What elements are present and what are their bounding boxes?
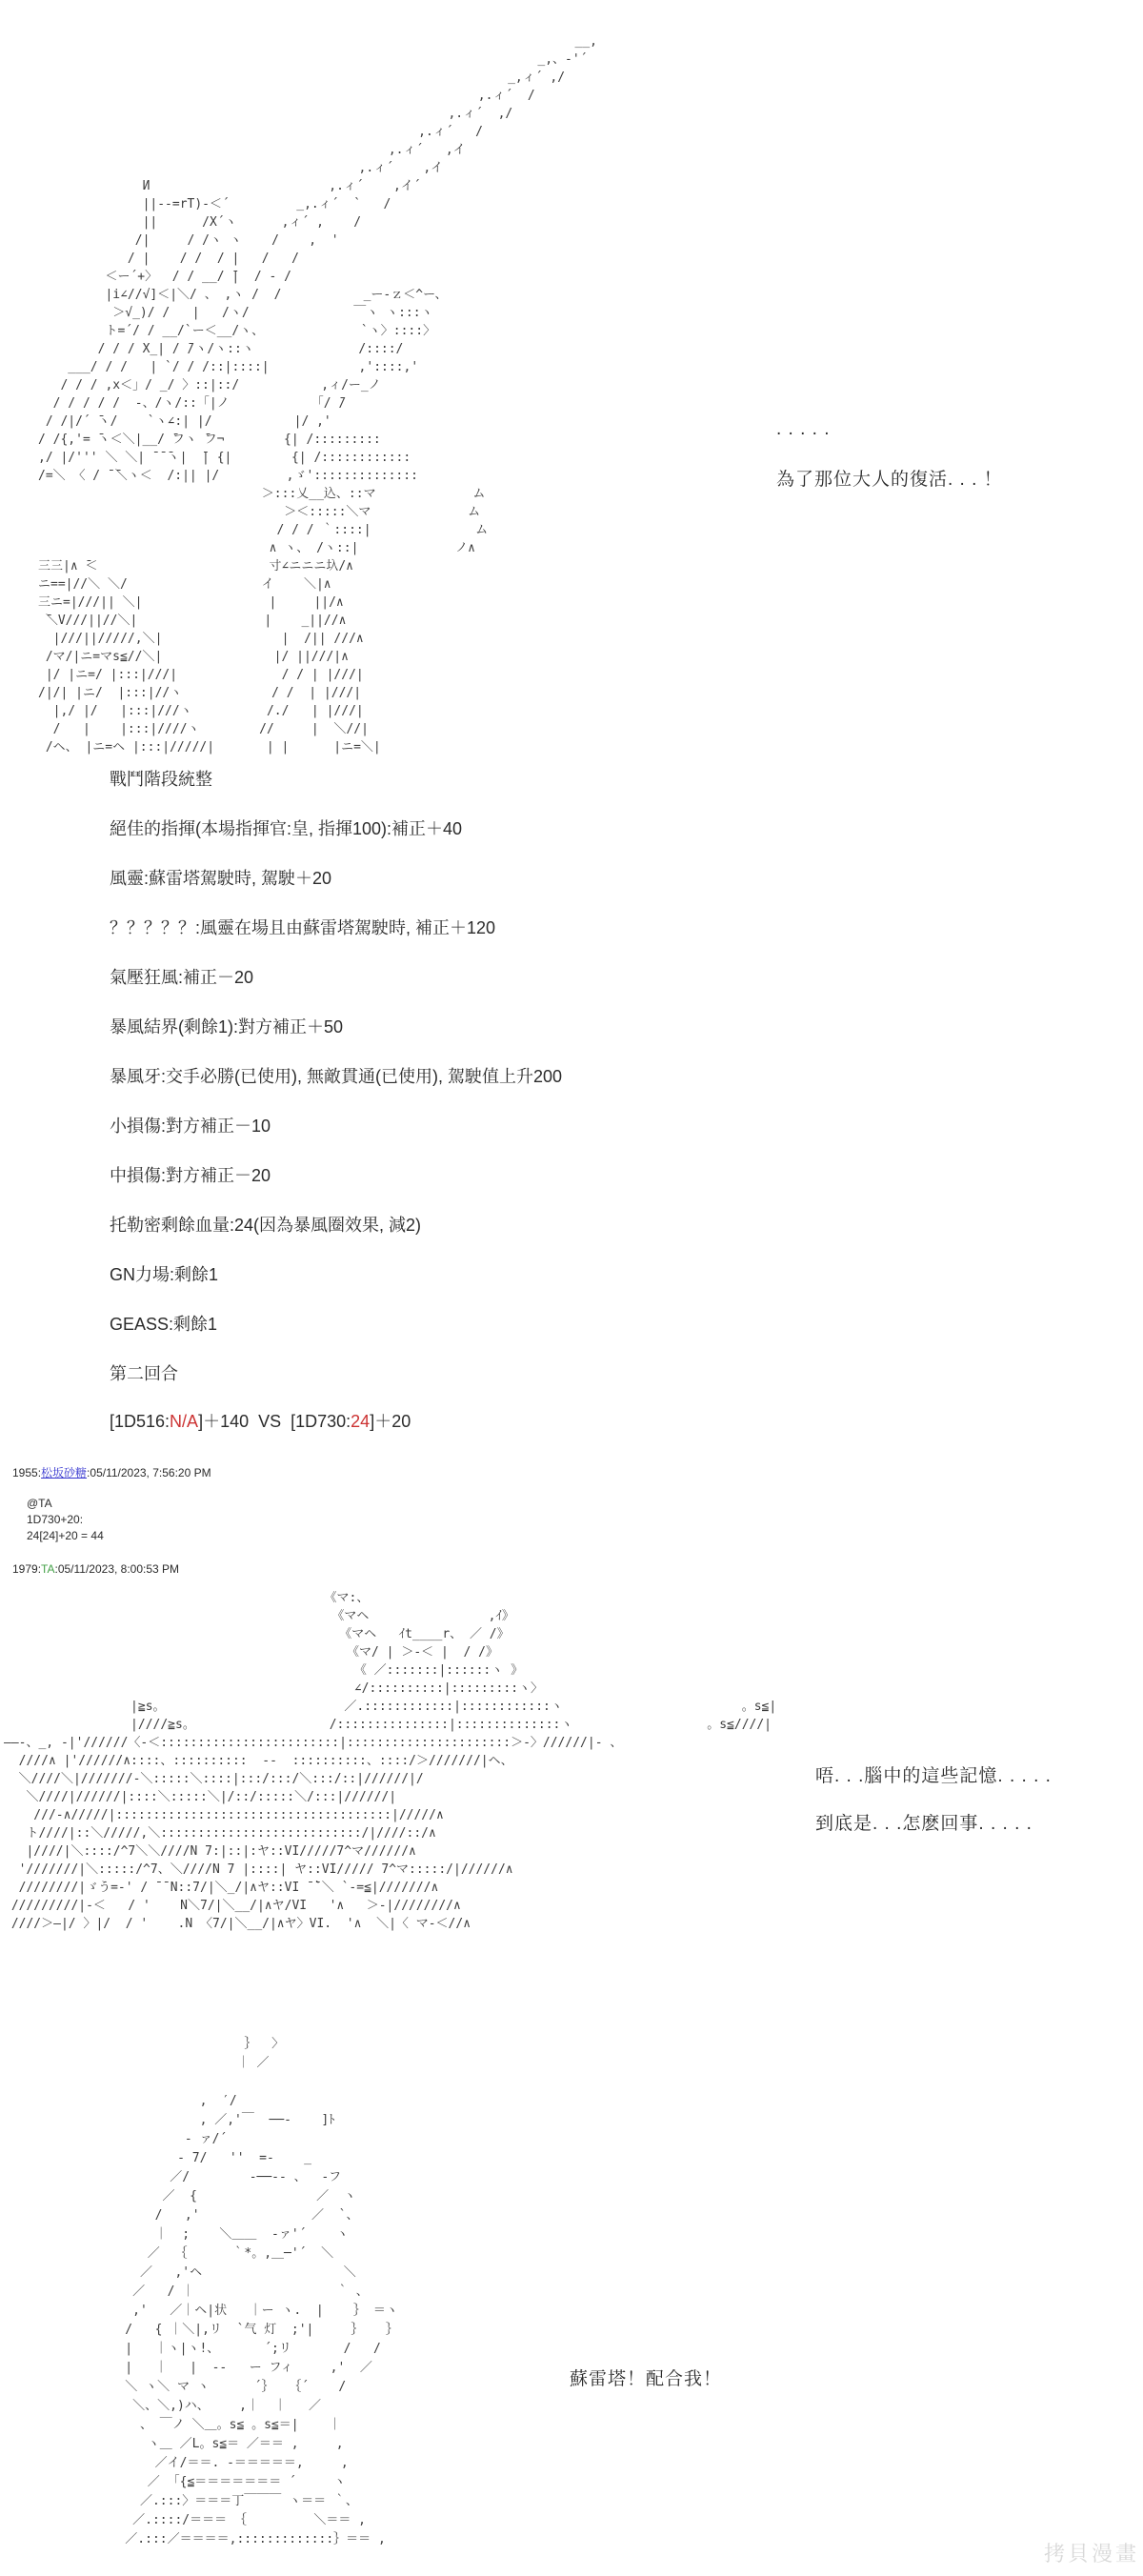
battle-summary-line: 絕佳的指揮(本場指揮官:皇, 指揮100):補正＋40 <box>110 804 562 854</box>
ascii-art-mecha-wings: 《マ:、 《マヘ ,ｲ》 《マヘ ｲt____r、 ／ /》 《マ/ | ＞-＜… <box>4 1589 776 1933</box>
speech-text: 唔. . .腦中的這些記憶. . . . . <box>815 1761 1052 1787</box>
ascii-art-mecha-lance: __, _,、-'´ _,ィ´ ,/ <box>38 32 597 756</box>
post-header-1979: 1979:TA:05/11/2023, 8:00:53 PM <box>12 1562 179 1576</box>
post-body-line: @TA <box>27 1496 104 1512</box>
speech-text: 為了那位大人的復活. . . ！ <box>776 465 1003 491</box>
battle-summary-line: 小損傷:對方補正－10 <box>110 1101 562 1151</box>
battle-summary: 戰鬥階段統整絕佳的指揮(本場指揮官:皇, 指揮100):補正＋40風靈:蘇雷塔駕… <box>110 755 562 1399</box>
post-body-line: 24[24]+20 = 44 <box>27 1528 104 1544</box>
dice-roll-line: [1D516:N/A]＋140 VS [1D730:24]＋20 <box>110 1408 411 1433</box>
post-header-1955: 1955:松坂砂糖:05/11/2023, 7:56:20 PM <box>12 1464 211 1480</box>
dice-roll-text: [1D516: <box>110 1412 170 1431</box>
thread-page: __, _,、-'´ _,ィ´ ,/ <box>0 0 1143 2576</box>
battle-summary-line: GN力場:剩餘1 <box>110 1250 562 1299</box>
post-body-1955: @TA1D730+20:24[24]+20 = 44 <box>27 1496 104 1544</box>
watermark-text: 拷貝漫畫 <box>1044 2538 1139 2567</box>
post-number: 1955: <box>12 1466 41 1479</box>
battle-summary-line: 氣壓狂風:補正－20 <box>110 953 562 1002</box>
post-number: 1979: <box>12 1562 41 1576</box>
post-body-line: 1D730+20: <box>27 1512 104 1528</box>
ascii-art-character: ｝ 〉 ｜ ／ , ′/ , ／,'￣ ──‐ ]ﾄ - ァ/´ ‐ 7/ ''… <box>95 2035 398 2549</box>
speech-text: 蘇雷塔！配合我！ <box>570 2365 722 2390</box>
battle-summary-line: 暴風牙:交手必勝(已使用), 無敵貫通(已使用), 駕駛值上升200 <box>110 1052 562 1101</box>
dice-roll-text: ]＋140 VS [1D730: <box>198 1412 351 1431</box>
speech-text: . . . . . <box>776 419 831 440</box>
post-author-id: TA <box>41 1562 54 1576</box>
dice-roll-result-na: N/A <box>170 1412 198 1431</box>
post-author-link[interactable]: 松坂砂糖 <box>41 1466 87 1479</box>
post-datetime: 05/11/2023, 7:56:20 PM <box>90 1466 211 1479</box>
battle-summary-line: 風靈:蘇雷塔駕駛時, 駕駛＋20 <box>110 854 562 903</box>
battle-summary-line: ？？？？？:風靈在場且由蘇雷塔駕駛時, 補正＋120 <box>110 903 562 953</box>
speech-text: 到底是. . .怎麽回事. . . . . <box>815 1809 1033 1835</box>
dice-roll-result-24: 24 <box>351 1412 370 1431</box>
battle-summary-line: 第二回合 <box>110 1349 562 1399</box>
post-datetime: 05/11/2023, 8:00:53 PM <box>58 1562 179 1576</box>
dice-roll-text: ]＋20 <box>370 1412 411 1431</box>
battle-summary-line: 暴風結界(剩餘1):對方補正＋50 <box>110 1002 562 1052</box>
battle-summary-line: 戰鬥階段統整 <box>110 755 562 804</box>
battle-summary-line: 托勒密剩餘血量:24(因為暴風圈效果, 減2) <box>110 1200 562 1250</box>
battle-summary-line: 中損傷:對方補正－20 <box>110 1151 562 1200</box>
battle-summary-line: GEASS:剩餘1 <box>110 1299 562 1349</box>
